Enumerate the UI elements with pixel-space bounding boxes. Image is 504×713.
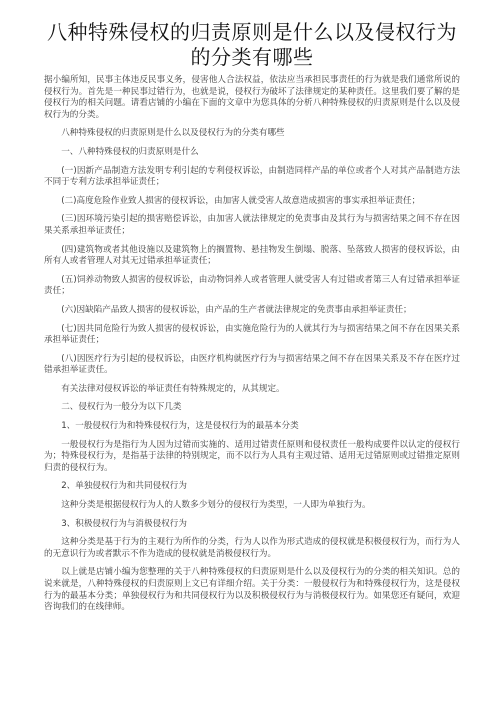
body-paragraph: 这种分类是基于行为的主观行为所作的分类，行为人以作为形式造成的侵权就是积极侵权行… <box>44 537 460 560</box>
list-item: (四)建筑物或者其他设施以及建筑物上的搁置物、悬挂物发生倒塌、脱落、坠落致人损害… <box>44 245 460 268</box>
body-paragraph: 有关法律对侵权诉讼的举证责任有特殊规定的，从其规定。 <box>44 384 460 396</box>
section-heading-2: 二、侵权行为一般分为以下几类 <box>44 402 460 414</box>
list-item: (八)因医疗行为引起的侵权诉讼，由医疗机构就医疗行为与损害结果之间不存在因果关系… <box>44 354 460 377</box>
body-paragraph: 这种分类是根据侵权行为人的人数多少划分的侵权行为类型，一人即为单独行为。 <box>44 500 460 512</box>
list-item: (六)因缺陷产品致人损害的侵权诉讼，由产品的生产者就法律规定的免责事由承担举证责… <box>44 305 460 317</box>
article-title: 八种特殊侵权的归责原则是什么以及侵权行为的分类有哪些 <box>40 20 464 70</box>
body-paragraph: 一般侵权行为是指行为人因为过错而实施的、适用过错责任原则和侵权责任一般构成要件以… <box>44 440 460 475</box>
document-page: 八种特殊侵权的归责原则是什么以及侵权行为的分类有哪些 据小编所知，民事主体违反民… <box>0 0 504 713</box>
list-item: (七)因共同危险行为致人损害的侵权诉讼，由实施危险行为的人就其行为与损害结果之间… <box>44 324 460 347</box>
subheading-2: 2、单独侵权行为和共同侵权行为 <box>44 481 460 493</box>
list-item: (一)因新产品制造方法发明专利引起的专利侵权诉讼，由制造同样产品的单位或者个人对… <box>44 166 460 189</box>
subheading-3: 3、积极侵权行为与消极侵权行为 <box>44 519 460 531</box>
intro-paragraph: 据小编所知，民事主体违反民事义务，侵害他人合法权益，依法应当承担民事责任的行为就… <box>44 75 460 121</box>
list-item: (三)因环境污染引起的损害赔偿诉讼，由加害人就法律规定的免责事由及其行为与损害结… <box>44 214 460 237</box>
subtitle-paragraph: 八种特殊侵权的归责原则是什么以及侵权行为的分类有哪些 <box>44 128 460 140</box>
subheading-1: 1、一般侵权行为和特殊侵权行为，这是侵权行为的最基本分类 <box>44 421 460 433</box>
list-item: (二)高度危险作业致人损害的侵权诉讼，由加害人就受害人故意造成损害的事实承担举证… <box>44 196 460 208</box>
section-heading-1: 一、八种特殊侵权的归责原则是什么 <box>44 147 460 159</box>
conclusion-paragraph: 以上就是店铺小编为您整理的关于八种特殊侵权的归责原则是什么以及侵权行为的分类的相… <box>44 567 460 613</box>
list-item: (五)饲养动物致人损害的侵权诉讼，由动物饲养人或者管理人就受害人有过错或者第三人… <box>44 275 460 298</box>
article-body: 据小编所知，民事主体违反民事义务，侵害他人合法权益，依法应当承担民事责任的行为就… <box>44 75 460 621</box>
